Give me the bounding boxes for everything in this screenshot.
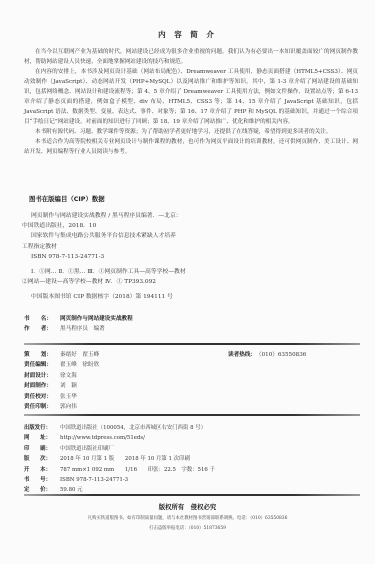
publication-info: 出版发行：中国铁道出版社（100054，北京市西城区右安门西街 8 号） 网 址…: [24, 423, 358, 496]
staff-value: 翟玉峰 徐盼欣: [60, 362, 99, 368]
staff-row: 策 划：秦绪好 翟玉峰: [24, 350, 358, 360]
website-url: http://www.tdpress.com/51eds/: [60, 435, 145, 441]
pub-value: 787 mm×1 092 mm 1/16 印张：22.5 字数：516 千: [60, 467, 215, 473]
cip-line: 中国铁道出版社，2018．10: [22, 221, 322, 231]
pub-row: 书 号：ISBN 978-7-113-24771-3: [24, 475, 358, 485]
pub-row: 出版发行：中国铁道出版社（100054，北京市西城区右安门西街 8 号）: [24, 423, 358, 433]
staff-label: 责任校对：: [24, 392, 60, 402]
pub-label: 书 号：: [24, 475, 60, 485]
staff-label: 封面制作：: [24, 381, 60, 391]
book-title: 网页制作与网站建设实战教程: [60, 316, 133, 322]
pub-value: 中国铁道出版社（100054，北京市西城区右安门西街 8 号）: [60, 425, 206, 431]
anti-piracy-hotline: 打击盗版举报电话：（010）51873659: [0, 525, 375, 531]
copyright-title: 版权所有 侵权必究: [0, 502, 375, 511]
divider: [24, 494, 360, 496]
price: 59.80 元: [60, 487, 83, 493]
staff-row: 封面设计：徐文海: [24, 371, 358, 381]
divider: [24, 414, 360, 416]
hotline-label: 读者热线：: [228, 350, 256, 358]
cip-classification: ②网站—建设—高等学校—教材 Ⅳ．① TP393.092: [22, 277, 322, 287]
pub-row: 开 本：787 mm×1 092 mm 1/16 印张：22.5 字数：516 …: [24, 465, 358, 475]
staff-value: 徐文海: [60, 373, 77, 379]
intro-paragraph: 在内容的安排上，本书涉及网页设计基础（网站布局配色）、Dreamweaver 工…: [24, 67, 358, 127]
cip-data-block: 网页制作与网站建设实战教程 / 黑马程序员编著．—北京： 中国铁道出版社，201…: [22, 211, 322, 303]
copyright-notice: 凡购买铁道版图书，如有印制质量问题，请与本社教材图书营销部联系调换。电话：（01…: [0, 515, 375, 521]
page-title: 内 容 简 介: [0, 29, 375, 40]
cip-record: 中国版本图书馆 CIP 数据核字（2018）第 194111 号: [22, 292, 322, 302]
staff-value: 张玉华: [60, 394, 77, 400]
isbn: ISBN 978-7-113-24771-3: [60, 477, 128, 483]
pub-row: 网 址：http://www.tdpress.com/51eds/: [24, 433, 358, 443]
staff-row: 责任印制：郭向伟: [24, 402, 358, 412]
book-title-row: 书 名：网页制作与网站建设实战教程: [24, 314, 358, 324]
copyright-page: 内 容 简 介 在当今以互联网产业为基础的时代，网站建设已经成为很多企业重视的问…: [0, 0, 375, 564]
hotline-value: （010）63550836: [256, 352, 306, 358]
staff-label: 策 划：: [24, 350, 60, 360]
book-info: 书 名：网页制作与网站建设实战教程 作 者：黑马程序员 编著: [24, 314, 358, 334]
cip-line: 网页制作与网站建设实战教程 / 黑马程序员编著．—北京：: [22, 211, 322, 221]
book-author-row: 作 者：黑马程序员 编著: [24, 324, 358, 334]
staff-row: 责任编辑：翟玉峰 徐盼欣: [24, 360, 358, 370]
staff-value: 秦绪好 翟玉峰: [60, 352, 99, 358]
staff-label: 封面设计：: [24, 371, 60, 381]
staff-label: 责任编辑：: [24, 360, 60, 370]
intro-paragraph: 本书适合作为高等院校相关专业网页设计与制作课程的教材，也可作为网页平面设计的培训…: [24, 137, 358, 157]
content-summary: 在当今以互联网产业为基础的时代，网站建设已经成为很多企业重视的问题。我们认为有必…: [24, 47, 358, 157]
pub-row: 版 次：2018 年 10 月第 1 版 2018 年 10 月第 1 次印刷: [24, 454, 358, 464]
pub-label: 印 刷：: [24, 444, 60, 454]
pub-value: 中国铁道出版社印刷厂: [60, 446, 114, 452]
pub-row: 印 刷：中国铁道出版社印刷厂: [24, 444, 358, 454]
staff-row: 封面制作：刘 颖: [24, 381, 358, 391]
divider: [24, 343, 360, 345]
cip-heading: 图书在版编目（CIP）数据: [29, 194, 105, 203]
reader-hotline: 读者热线：（010）63550836: [228, 350, 306, 358]
cip-line: 工程指定教材: [22, 242, 322, 252]
staff-label: 责任印制：: [24, 402, 60, 412]
staff-value: 刘 颖: [60, 383, 77, 389]
intro-paragraph: 在当今以互联网产业为基础的时代，网站建设已经成为很多企业重视的问题。我们认为有必…: [24, 47, 358, 67]
pub-label: 出版发行：: [24, 423, 60, 433]
pub-label: 网 址：: [24, 433, 60, 443]
cip-classification: Ⅰ．①网… Ⅱ．①黑… Ⅲ．①网页制作工具—高等学校—教材: [22, 267, 322, 277]
pub-label: 版 次：: [24, 454, 60, 464]
book-author-label: 作 者：: [24, 324, 60, 334]
intro-paragraph: 本书附有源代码、习题、教学课件等资源；为了帮助初学者更好地学习，还提供了在线答疑…: [24, 127, 358, 137]
pub-label: 开 本：: [24, 465, 60, 475]
book-title-label: 书 名：: [24, 314, 60, 324]
staff-row: 责任校对：张玉华: [24, 392, 358, 402]
staff-list: 策 划：秦绪好 翟玉峰 责任编辑：翟玉峰 徐盼欣 封面设计：徐文海 封面制作：刘…: [24, 350, 358, 412]
cip-isbn: ISBN 978-7-113-24771-3: [22, 252, 322, 262]
book-author: 黑马程序员 编著: [60, 326, 105, 332]
pub-value: 2018 年 10 月第 1 版 2018 年 10 月第 1 次印刷: [60, 456, 190, 462]
cip-line: 国家软件与集成电路公共服务平台信息技术紧缺人才培养: [22, 231, 322, 241]
staff-value: 郭向伟: [60, 404, 77, 410]
